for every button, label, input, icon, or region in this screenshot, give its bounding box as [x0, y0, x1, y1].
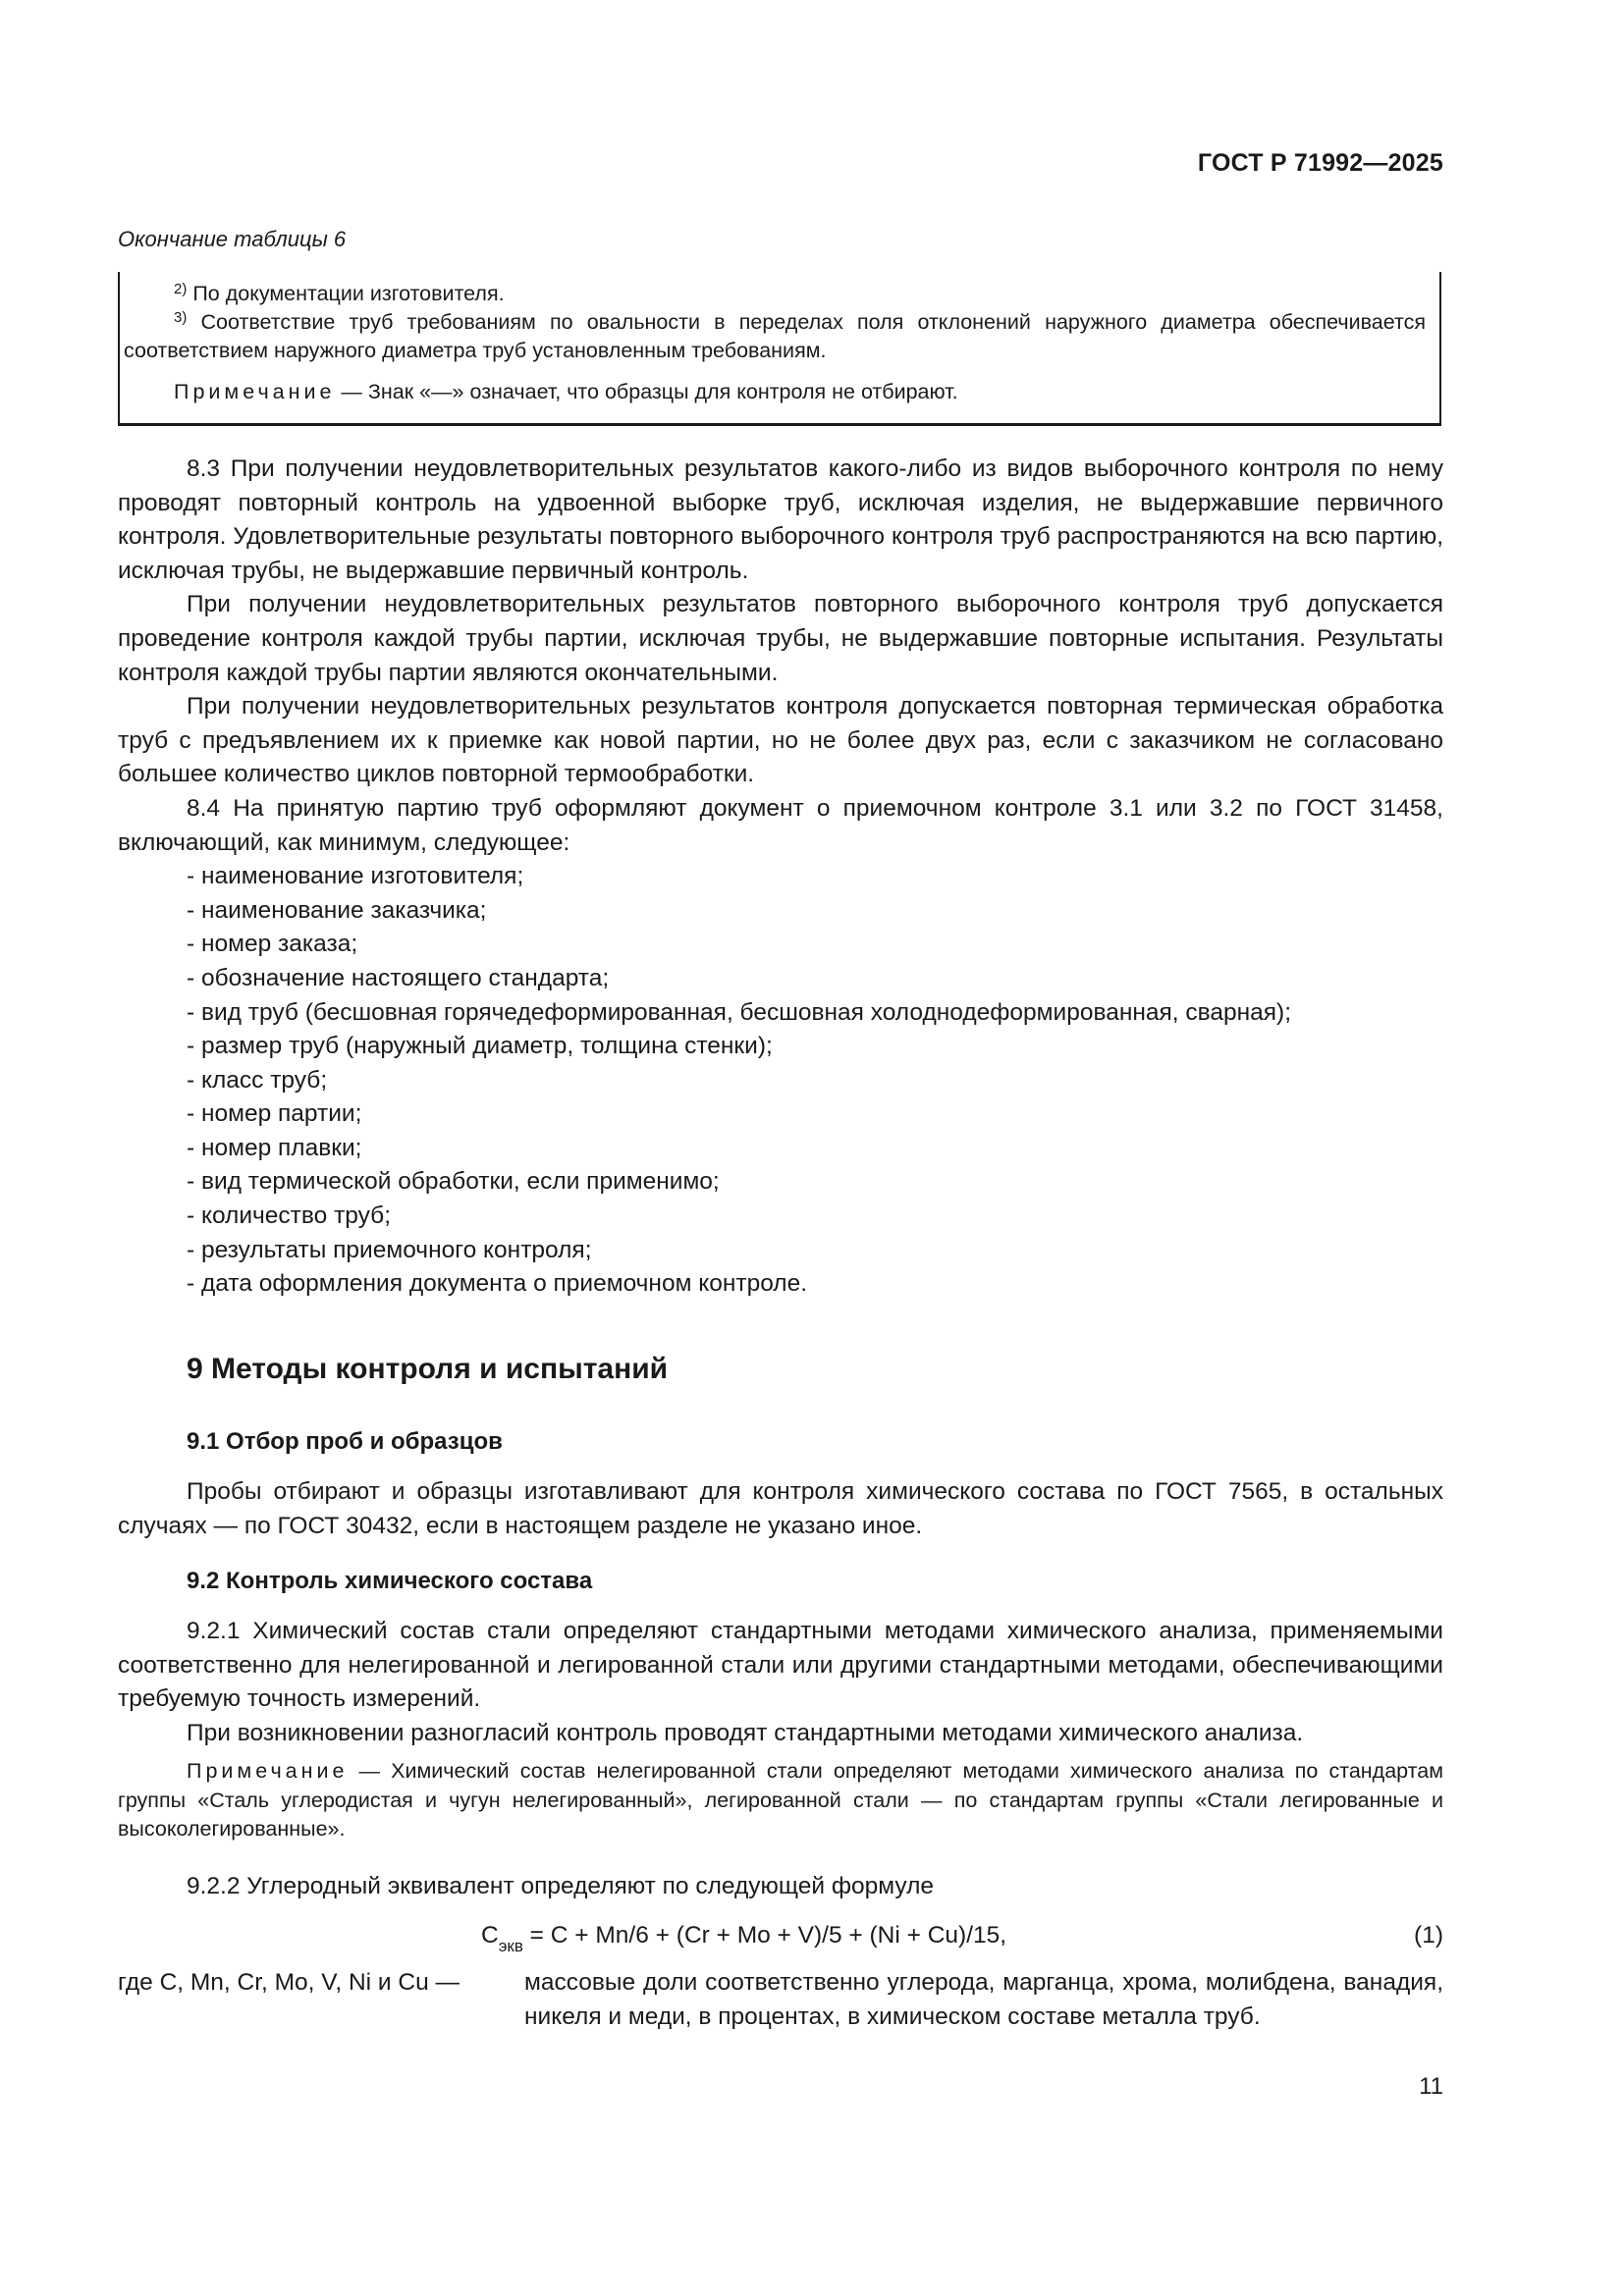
table-6-footer-box: 2) По документации изготовителя. 3) Соот… — [118, 272, 1441, 426]
paragraph-8-4: 8.4 На принятую партию труб оформляют до… — [118, 792, 1443, 860]
formula-lhs-subscript: экв — [499, 1937, 523, 1955]
section-9-heading: 9 Методы контроля и испытаний — [187, 1353, 668, 1386]
where-definition: массовые доли соответственно углерода, м… — [524, 1966, 1443, 2034]
footnote-text: По документации изготовителя. — [192, 282, 504, 305]
note-label: Примечание — [187, 1759, 348, 1783]
section-9-1-heading: 9.1 Отбор проб и образцов — [187, 1428, 503, 1456]
section-9-1-body: Пробы отбирают и образцы изготавливают д… — [118, 1475, 1443, 1543]
paragraph-9-1: Пробы отбирают и образцы изготавливают д… — [118, 1475, 1443, 1543]
list-item: - класс труб; — [118, 1064, 1443, 1098]
list-item: - количество труб; — [118, 1200, 1443, 1234]
paragraph-8-3-b: При получении неудовлетворительных резул… — [118, 588, 1443, 690]
page-number: 11 — [1419, 2073, 1443, 2101]
paragraph-8-3: 8.3 При получении неудовлетворительных р… — [118, 453, 1443, 588]
footnote-3: 3) Соответствие труб требованиям по овал… — [124, 308, 1426, 365]
footnote-text: Соответствие труб требованиям по овально… — [124, 310, 1426, 362]
table-continuation-caption: Окончание таблицы 6 — [118, 227, 346, 252]
paragraph-9-2-2-block: 9.2.2 Углеродный эквивалент определяют п… — [118, 1870, 1443, 1904]
list-item: - номер плавки; — [118, 1132, 1443, 1166]
section-8-body: 8.3 При получении неудовлетворительных р… — [118, 453, 1443, 1302]
section-9-2-body: 9.2.1 Химический состав стали определяют… — [118, 1615, 1443, 1750]
section-9-2-heading: 9.2 Контроль химического состава — [187, 1568, 592, 1595]
list-item: - результаты приемочного контроля; — [118, 1234, 1443, 1268]
footnote-2: 2) По документации изготовителя. — [120, 280, 1426, 308]
formula-number: (1) — [1414, 1922, 1443, 1949]
list-item: - номер партии; — [118, 1097, 1443, 1132]
list-item: - наименование изготовителя; — [118, 860, 1443, 894]
document-designation: ГОСТ Р 71992—2025 — [1198, 149, 1443, 178]
footnote-marker: 3) — [174, 309, 187, 326]
list-item: - наименование заказчика; — [118, 894, 1443, 929]
formula-lhs: C — [481, 1922, 499, 1949]
carbon-equivalent-formula: Cэкв = C + Mn/6 + (Cr + Mo + V)/5 + (Ni … — [481, 1922, 1006, 1949]
list-item: - вид труб (бесшовная горячедеформирован… — [118, 996, 1443, 1031]
list-item: - вид термической обработки, если примен… — [118, 1165, 1443, 1200]
paragraph-9-2-2: 9.2.2 Углеродный эквивалент определяют п… — [118, 1870, 1443, 1904]
paragraph-9-2-1: 9.2.1 Химический состав стали определяют… — [118, 1615, 1443, 1717]
footnote-marker: 2) — [174, 281, 187, 297]
note-label: Примечание — [174, 380, 335, 403]
list-item: - дата оформления документа о приемочном… — [118, 1267, 1443, 1302]
acceptance-document-list: - наименование изготовителя; - наименова… — [118, 860, 1443, 1302]
note-text: — Знак «—» означает, что образцы для кон… — [335, 380, 957, 403]
list-item: - размер труб (наружный диаметр, толщина… — [118, 1030, 1443, 1064]
paragraph-9-2-1-b: При возникновении разногласий контроль п… — [118, 1717, 1443, 1751]
table-note: Примечание — Знак «—» означает, что обра… — [120, 378, 1426, 406]
chemical-analysis-note: Примечание — Химический состав нелегиров… — [118, 1757, 1443, 1844]
paragraph-8-3-c: При получении неудовлетворительных резул… — [118, 690, 1443, 792]
where-label: где C, Mn, Cr, Mo, V, Ni и Cu — — [118, 1966, 460, 2001]
formula-rhs: = C + Mn/6 + (Cr + Mo + V)/5 + (Ni + Cu)… — [523, 1922, 1006, 1949]
list-item: - обозначение настоящего стандарта; — [118, 962, 1443, 996]
list-item: - номер заказа; — [118, 928, 1443, 962]
